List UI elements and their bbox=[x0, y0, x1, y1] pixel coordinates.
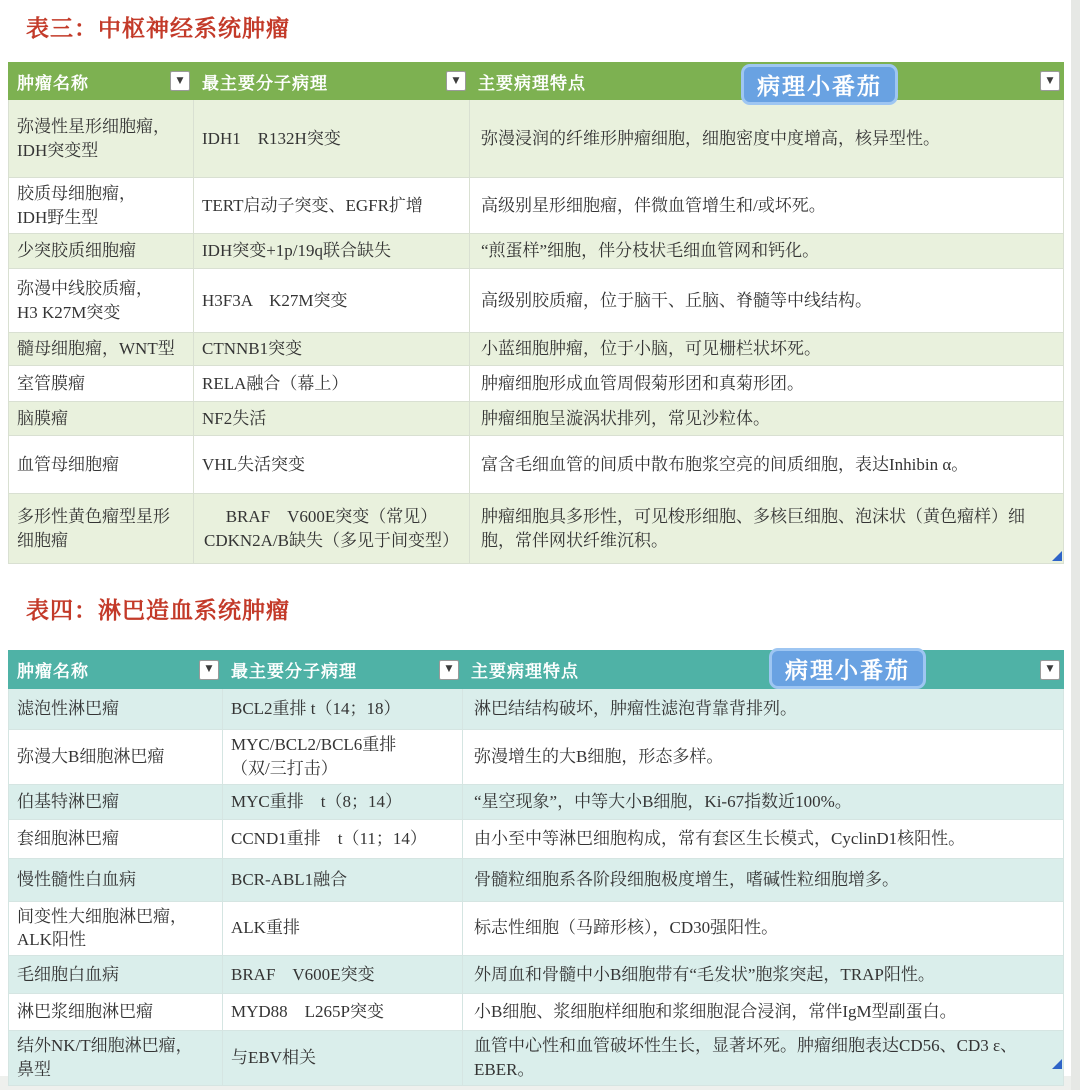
pathology-feature-cell[interactable]: “星空现象”，中等大小B细胞，Ki-67指数近100%。 bbox=[463, 784, 1064, 819]
pathology-feature-cell[interactable]: “煎蛋样”细胞，伴分枝状毛细血管网和钙化。 bbox=[470, 234, 1064, 269]
pathology-feature-cell[interactable]: 淋巴结结构破坏，肿瘤性滤泡背靠背排列。 bbox=[463, 689, 1064, 730]
table-row: 毛细胞白血病 BRAF V600E突变 外周血和骨髓中小B细胞带有“毛发状”胞浆… bbox=[9, 956, 1064, 994]
molecular-pathology-cell[interactable]: IDH1 R132H突变 bbox=[194, 100, 470, 178]
column-header-pathology-features: 主要病理特点 ▼ bbox=[463, 651, 1064, 689]
column-filter-button[interactable]: ▼ bbox=[446, 71, 466, 91]
chevron-down-icon: ▼ bbox=[1047, 77, 1054, 86]
chevron-down-icon: ▼ bbox=[177, 77, 184, 86]
molecular-pathology-cell[interactable]: CCND1重排 t（11；14） bbox=[223, 819, 463, 858]
tumor-name-cell[interactable]: 毛细胞白血病 bbox=[9, 956, 223, 994]
table-row: 弥漫大B细胞淋巴瘤 MYC/BCL2/BCL6重排 （双/三打击） 弥漫增生的大… bbox=[9, 730, 1064, 785]
pathology-feature-cell[interactable]: 小B细胞、浆细胞样细胞和浆细胞混合浸润，常伴IgM型副蛋白。 bbox=[463, 994, 1064, 1031]
table-row: 室管膜瘤 RELA融合（幕上） 肿瘤细胞形成血管周假菊形团和真菊形团。 bbox=[9, 366, 1064, 402]
tumor-name-cell[interactable]: 室管膜瘤 bbox=[9, 366, 194, 402]
tumor-name-cell[interactable]: 胶质母细胞瘤， IDH野生型 bbox=[9, 178, 194, 234]
tumor-name-cell[interactable]: 髓母细胞瘤，WNT型 bbox=[9, 333, 194, 366]
table-resize-handle-icon[interactable] bbox=[1052, 551, 1062, 561]
page-right-edge bbox=[1071, 0, 1080, 1090]
pathology-feature-cell[interactable]: 由小至中等淋巴细胞构成，常有套区生长模式，CyclinD1核阳性。 bbox=[463, 819, 1064, 858]
column-header-molecular-pathology: 最主要分子病理 ▼ bbox=[194, 63, 470, 100]
table-row: 慢性髓性白血病 BCR-ABL1融合 骨髓粒细胞系各阶段细胞极度增生，嗜碱性粒细… bbox=[9, 858, 1064, 901]
table-row: 少突胶质细胞瘤 IDH突变+1p/19q联合缺失 “煎蛋样”细胞，伴分枝状毛细血… bbox=[9, 234, 1064, 269]
column-header-molecular-pathology: 最主要分子病理 ▼ bbox=[223, 651, 463, 689]
column-filter-button[interactable]: ▼ bbox=[199, 660, 219, 680]
molecular-pathology-cell[interactable]: IDH突变+1p/19q联合缺失 bbox=[194, 234, 470, 269]
column-header-label: 主要病理特点 bbox=[478, 74, 586, 93]
pathology-feature-cell[interactable]: 小蓝细胞肿瘤，位于小脑，可见栅栏状坏死。 bbox=[470, 333, 1064, 366]
table-row: 伯基特淋巴瘤 MYC重排 t（8；14） “星空现象”，中等大小B细胞，Ki-6… bbox=[9, 784, 1064, 819]
column-header-label: 最主要分子病理 bbox=[231, 662, 357, 681]
lymphohematopoietic-tumor-table: 肿瘤名称 ▼ 最主要分子病理 ▼ 主要病理特点 ▼ 滤泡性淋巴瘤 BCL2重排 … bbox=[8, 650, 1064, 1086]
table-row: 胶质母细胞瘤， IDH野生型 TERT启动子突变、EGFR扩增 高级别星形细胞瘤… bbox=[9, 178, 1064, 234]
tumor-name-cell[interactable]: 滤泡性淋巴瘤 bbox=[9, 689, 223, 730]
tumor-name-cell[interactable]: 淋巴浆细胞淋巴瘤 bbox=[9, 994, 223, 1031]
molecular-pathology-cell[interactable]: BCL2重排 t（14；18） bbox=[223, 689, 463, 730]
tumor-name-cell[interactable]: 脑膜瘤 bbox=[9, 402, 194, 436]
tumor-name-cell[interactable]: 套细胞淋巴瘤 bbox=[9, 819, 223, 858]
pathology-feature-cell[interactable]: 弥漫增生的大B细胞，形态多样。 bbox=[463, 730, 1064, 785]
molecular-pathology-cell[interactable]: H3F3A K27M突变 bbox=[194, 269, 470, 333]
pathology-feature-cell[interactable]: 骨髓粒细胞系各阶段细胞极度增生，嗜碱性粒细胞增多。 bbox=[463, 858, 1064, 901]
tumor-name-cell[interactable]: 血管母细胞瘤 bbox=[9, 436, 194, 494]
column-header-label: 主要病理特点 bbox=[471, 662, 579, 681]
tumor-name-cell[interactable]: 结外NK/T细胞淋巴瘤， 鼻型 bbox=[9, 1031, 223, 1086]
molecular-pathology-cell[interactable]: RELA融合（幕上） bbox=[194, 366, 470, 402]
table-row: 套细胞淋巴瘤 CCND1重排 t（11；14） 由小至中等淋巴细胞构成，常有套区… bbox=[9, 819, 1064, 858]
spreadsheet-page: 表三：中枢神经系统肿瘤 肿瘤名称 ▼ 最主要分子病理 ▼ 主要病理特点 ▼ bbox=[0, 0, 1080, 1090]
cns-tumor-table: 肿瘤名称 ▼ 最主要分子病理 ▼ 主要病理特点 ▼ 弥漫性星形细胞瘤， IDH突… bbox=[8, 62, 1064, 564]
column-header-label: 最主要分子病理 bbox=[202, 74, 328, 93]
table-row: 弥漫中线胶质瘤， H3 K27M突变 H3F3A K27M突变 高级别胶质瘤，位… bbox=[9, 269, 1064, 333]
chevron-down-icon: ▼ bbox=[206, 665, 213, 674]
molecular-pathology-cell[interactable]: MYC/BCL2/BCL6重排 （双/三打击） bbox=[223, 730, 463, 785]
pathology-feature-cell[interactable]: 外周血和骨髓中小B细胞带有“毛发状”胞浆突起，TRAP阳性。 bbox=[463, 956, 1064, 994]
molecular-pathology-cell[interactable]: MYD88 L265P突变 bbox=[223, 994, 463, 1031]
pathology-feature-cell[interactable]: 肿瘤细胞形成血管周假菊形团和真菊形团。 bbox=[470, 366, 1064, 402]
tumor-name-cell[interactable]: 多形性黄色瘤型星形 细胞瘤 bbox=[9, 494, 194, 564]
table-row: 结外NK/T细胞淋巴瘤， 鼻型 与EBV相关 血管中心性和血管破坏性生长，显著坏… bbox=[9, 1031, 1064, 1086]
molecular-pathology-cell[interactable]: BRAF V600E突变 bbox=[223, 956, 463, 994]
watermark-badge: 病理小番茄 bbox=[741, 64, 898, 105]
table-row: 间变性大细胞淋巴瘤， ALK阳性 ALK重排 标志性细胞（马蹄形核），CD30强… bbox=[9, 901, 1064, 956]
tumor-name-cell[interactable]: 伯基特淋巴瘤 bbox=[9, 784, 223, 819]
pathology-feature-cell[interactable]: 肿瘤细胞呈漩涡状排列，常见沙粒体。 bbox=[470, 402, 1064, 436]
column-header-label: 肿瘤名称 bbox=[17, 662, 89, 681]
table-resize-handle-icon[interactable] bbox=[1052, 1059, 1062, 1069]
column-filter-button[interactable]: ▼ bbox=[439, 660, 459, 680]
table-row: 弥漫性星形细胞瘤， IDH突变型 IDH1 R132H突变 弥漫浸润的纤维形肿瘤… bbox=[9, 100, 1064, 178]
watermark-badge: 病理小番茄 bbox=[769, 648, 926, 689]
tumor-name-cell[interactable]: 慢性髓性白血病 bbox=[9, 858, 223, 901]
pathology-feature-cell[interactable]: 高级别胶质瘤，位于脑干、丘脑、脊髓等中线结构。 bbox=[470, 269, 1064, 333]
pathology-feature-cell[interactable]: 弥漫浸润的纤维形肿瘤细胞，细胞密度中度增高，核异型性。 bbox=[470, 100, 1064, 178]
tumor-name-cell[interactable]: 间变性大细胞淋巴瘤， ALK阳性 bbox=[9, 901, 223, 956]
column-filter-button[interactable]: ▼ bbox=[170, 71, 190, 91]
table-row: 滤泡性淋巴瘤 BCL2重排 t（14；18） 淋巴结结构破坏，肿瘤性滤泡背靠背排… bbox=[9, 689, 1064, 730]
chevron-down-icon: ▼ bbox=[446, 665, 453, 674]
pathology-feature-cell[interactable]: 标志性细胞（马蹄形核），CD30强阳性。 bbox=[463, 901, 1064, 956]
table-row: 淋巴浆细胞淋巴瘤 MYD88 L265P突变 小B细胞、浆细胞样细胞和浆细胞混合… bbox=[9, 994, 1064, 1031]
tumor-name-cell[interactable]: 弥漫大B细胞淋巴瘤 bbox=[9, 730, 223, 785]
molecular-pathology-cell[interactable]: VHL失活突变 bbox=[194, 436, 470, 494]
molecular-pathology-cell[interactable]: MYC重排 t（8；14） bbox=[223, 784, 463, 819]
column-header-label: 肿瘤名称 bbox=[17, 74, 89, 93]
molecular-pathology-cell[interactable]: BCR-ABL1融合 bbox=[223, 858, 463, 901]
chevron-down-icon: ▼ bbox=[1047, 665, 1054, 674]
tumor-name-cell[interactable]: 弥漫性星形细胞瘤， IDH突变型 bbox=[9, 100, 194, 178]
column-header-tumor-name: 肿瘤名称 ▼ bbox=[9, 651, 223, 689]
table-row: 髓母细胞瘤，WNT型 CTNNB1突变 小蓝细胞肿瘤，位于小脑，可见栅栏状坏死。 bbox=[9, 333, 1064, 366]
pathology-feature-cell[interactable]: 血管中心性和血管破坏性生长，显著坏死。肿瘤细胞表达CD56、CD3 ε、EBER… bbox=[463, 1031, 1064, 1086]
molecular-pathology-cell[interactable]: ALK重排 bbox=[223, 901, 463, 956]
table-row: 多形性黄色瘤型星形 细胞瘤 BRAF V600E突变（常见） CDKN2A/B缺… bbox=[9, 494, 1064, 564]
molecular-pathology-cell[interactable]: TERT启动子突变、EGFR扩增 bbox=[194, 178, 470, 234]
column-filter-button[interactable]: ▼ bbox=[1040, 660, 1060, 680]
chevron-down-icon: ▼ bbox=[453, 77, 460, 86]
header-row: 肿瘤名称 ▼ 最主要分子病理 ▼ 主要病理特点 ▼ bbox=[9, 63, 1064, 100]
molecular-pathology-cell[interactable]: NF2失活 bbox=[194, 402, 470, 436]
molecular-pathology-cell[interactable]: BRAF V600E突变（常见） CDKN2A/B缺失（多见于间变型） bbox=[194, 494, 470, 564]
table-row: 血管母细胞瘤 VHL失活突变 富含毛细血管的间质中散布胞浆空亮的间质细胞，表达I… bbox=[9, 436, 1064, 494]
table-row: 脑膜瘤 NF2失活 肿瘤细胞呈漩涡状排列，常见沙粒体。 bbox=[9, 402, 1064, 436]
pathology-feature-cell[interactable]: 肿瘤细胞具多形性，可见梭形细胞、多核巨细胞、泡沫状（黄色瘤样）细胞，常伴网状纤维… bbox=[470, 494, 1064, 564]
pathology-feature-cell[interactable]: 富含毛细血管的间质中散布胞浆空亮的间质细胞，表达Inhibin α。 bbox=[470, 436, 1064, 494]
tumor-name-cell[interactable]: 弥漫中线胶质瘤， H3 K27M突变 bbox=[9, 269, 194, 333]
table3-title: 表三：中枢神经系统肿瘤 bbox=[26, 10, 290, 43]
column-filter-button[interactable]: ▼ bbox=[1040, 71, 1060, 91]
column-header-tumor-name: 肿瘤名称 ▼ bbox=[9, 63, 194, 100]
pathology-feature-cell[interactable]: 高级别星形细胞瘤，伴微血管增生和/或坏死。 bbox=[470, 178, 1064, 234]
tumor-name-cell[interactable]: 少突胶质细胞瘤 bbox=[9, 234, 194, 269]
molecular-pathology-cell[interactable]: 与EBV相关 bbox=[223, 1031, 463, 1086]
molecular-pathology-cell[interactable]: CTNNB1突变 bbox=[194, 333, 470, 366]
table4-title: 表四：淋巴造血系统肿瘤 bbox=[26, 592, 290, 625]
